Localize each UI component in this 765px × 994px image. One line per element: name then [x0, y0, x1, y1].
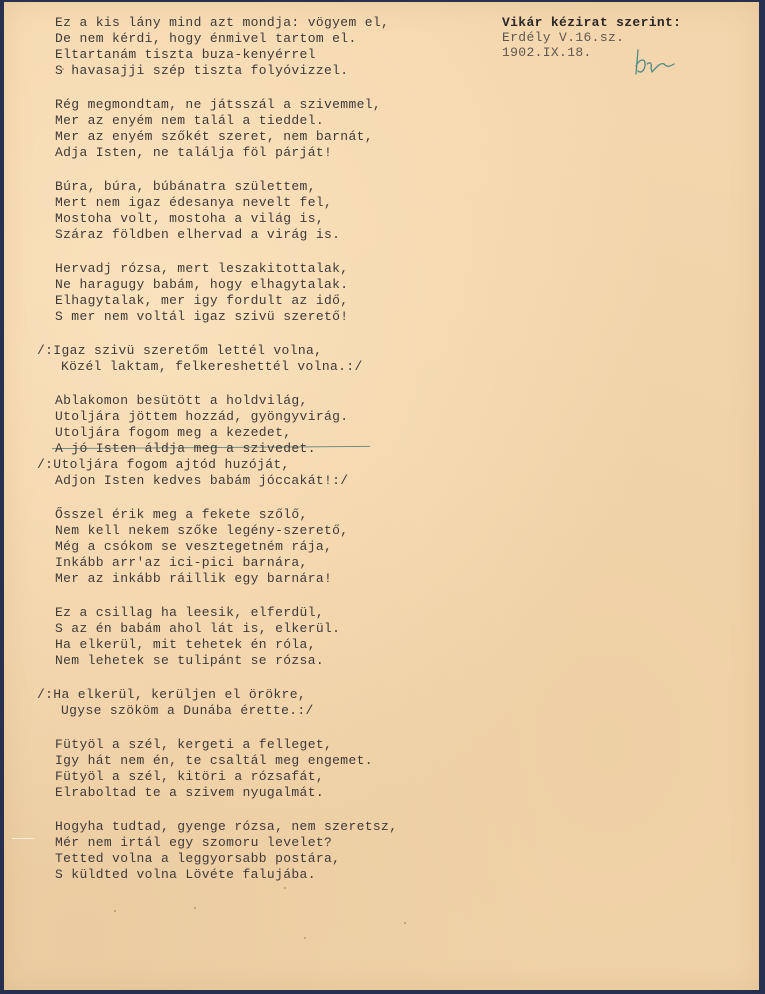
verse-line-text: Fütyöl a szél, kitöri a rózsafát, — [55, 769, 324, 784]
verse-line: Inkább arr'az ici-pici barnára, — [55, 555, 397, 571]
verse-line: Ha elkerül, mit tehetek én róla, — [55, 637, 397, 653]
verse-line-text: Ugyse szököm a Dunába érette.:/ — [61, 703, 314, 718]
verse-line: /:Igaz szivü szeretőm lettél volna, — [55, 343, 397, 359]
verse-line: A jó Isten áldja meg a szivedet. — [55, 441, 397, 457]
verse-line-text: Nem lehetek se tulipánt se rózsa. — [55, 653, 324, 668]
verse-line: Adjon Isten kedves babám jóccakát!:/ — [55, 473, 397, 489]
verse-line: Igy hát nem én, te csaltál meg engemet. — [55, 753, 397, 769]
verse-line: Tetted volna a leggyorsabb postára, — [55, 851, 397, 867]
paper-speck — [114, 910, 116, 912]
verse-line: Száraz földben elhervad a virág is. — [55, 227, 397, 243]
verse-line-text: Nem kell nekem szőke legény-szerető, — [55, 523, 348, 538]
verse-line-text: Utoljára jöttem hozzád, gyöngyvirág. — [55, 409, 348, 424]
verse-line: Elhagytalak, mer igy fordult az idő, — [55, 293, 397, 309]
verse-line-text: Száraz földben elhervad a virág is. — [55, 227, 340, 242]
verse-line-text: Mer az enyém szőkét szeret, nem barnát, — [55, 129, 373, 144]
verse-line: Mert nem igaz édesanya nevelt fel, — [55, 195, 397, 211]
verse-line: Ez a csillag ha leesik, elferdül, — [55, 605, 397, 621]
verse-line: Ez a kis lány mind azt mondja: vögyem el… — [55, 15, 397, 31]
verse-line: Utoljára jöttem hozzád, gyöngyvirág. — [55, 409, 397, 425]
verse-line-text: Mer az enyém nem talál a tieddel. — [55, 113, 324, 128]
stanza: Ez a csillag ha leesik, elferdül,S az én… — [55, 605, 397, 669]
verse-line-text: S küldted volna Lövéte falujába. — [55, 867, 316, 882]
verse-line-text: Ha elkerül, mit tehetek én róla, — [55, 637, 316, 652]
paper-speck — [194, 907, 196, 909]
verse-line-text: Ez a kis lány mind azt mondja: vögyem el… — [55, 15, 389, 30]
verse-line-text: Elraboltad te a szivem nyugalmát. — [55, 785, 324, 800]
verse-line: Közél laktam, felkereshettél volna.:/ — [55, 359, 397, 375]
verse-line-text: Hogyha tudtad, gyenge rózsa, nem szerets… — [55, 819, 397, 834]
verse-line: Eltartanám tiszta buza-kenyérrel — [55, 47, 397, 63]
stanza: Ablakomon besütött a holdvilág,Utoljára … — [55, 393, 397, 489]
stanza: Rég megmondtam, ne játsszál a szivemmel,… — [55, 97, 397, 161]
repeat-marked-line: /:Ha elkerül, kerüljen el örökre, — [37, 687, 306, 702]
verse-line-text: S az én babám ahol lát is, elkerül. — [55, 621, 340, 636]
verse-line: Mér nem irtál egy szomoru levelet? — [55, 835, 397, 851]
verse-line-text: Ablakomon besütött a holdvilág, — [55, 393, 308, 408]
handwritten-initials-signature — [630, 46, 678, 78]
verse-line-text: Adjon Isten kedves babám jóccakát!:/ — [55, 473, 348, 488]
verse-line: /:Ha elkerül, kerüljen el örökre, — [55, 687, 397, 703]
verse-line: Nem kell nekem szőke legény-szerető, — [55, 523, 397, 539]
repeat-marked-line: /:Utoljára fogom ajtód huzóját, — [37, 457, 290, 472]
verse-line: Hervadj rózsa, mert leszakitottalak, — [55, 261, 397, 277]
verse-line-text: Ne haragugy babám, hogy elhagytalak. — [55, 277, 348, 292]
verse-line: Ablakomon besütött a holdvilág, — [55, 393, 397, 409]
verse-line: Mer az enyém szőkét szeret, nem barnát, — [55, 129, 397, 145]
verse-line: Fütyöl a szél, kitöri a rózsafát, — [55, 769, 397, 785]
repeat-stanza: /:Igaz szivü szeretőm lettél volna,Közél… — [55, 343, 397, 375]
stanza: Búra, búra, búbánatra születtem,Mert nem… — [55, 179, 397, 243]
verse-line-text: Elhagytalak, mer igy fordult az idő, — [55, 293, 348, 308]
verse-line-text: S havasajji szép tiszta folyóvizzel. — [55, 63, 348, 78]
verse-line: Mer az inkább ráillik egy barnára! — [55, 571, 397, 587]
verse-line: Elraboltad te a szivem nyugalmát. — [55, 785, 397, 801]
verse-line-text: S mer nem voltál igaz szivü szerető! — [55, 309, 348, 324]
stanza: Ősszel érik meg a fekete szőlő,Nem kell … — [55, 507, 397, 587]
verse-line-text: Fütyöl a szél, kergeti a felleget, — [55, 737, 332, 752]
verse-line-text: Búra, búra, búbánatra születtem, — [55, 179, 316, 194]
repeat-stanza: /:Ha elkerül, kerüljen el örökre,Ugyse s… — [55, 687, 397, 719]
verse-line: S az én babám ahol lát is, elkerül. — [55, 621, 397, 637]
verse-line: S küldted volna Lövéte falujába. — [55, 867, 397, 883]
stanza: Fütyöl a szél, kergeti a felleget,Igy há… — [55, 737, 397, 801]
verse-line: Ne haragugy babám, hogy elhagytalak. — [55, 277, 397, 293]
paper-speck — [404, 922, 406, 924]
verse-line-text: Igy hát nem én, te csaltál meg engemet. — [55, 753, 373, 768]
verse-line-text: Ez a csillag ha leesik, elferdül, — [55, 605, 324, 620]
verse-line-text: Eltartanám tiszta buza-kenyérrel — [55, 47, 316, 62]
verse-line: /:Utoljára fogom ajtód huzóját, — [55, 457, 397, 473]
verse-line: De nem kérdi, hogy énmivel tartom el. — [55, 31, 397, 47]
verse-line: Mer az enyém nem talál a tieddel. — [55, 113, 397, 129]
verse-line: Rég megmondtam, ne játsszál a szivemmel, — [55, 97, 397, 113]
source-reference: Erdély V.16.sz. — [502, 30, 681, 45]
verse-line: S mer nem voltál igaz szivü szerető! — [55, 309, 397, 325]
verse-line-text: De nem kérdi, hogy énmivel tartom el. — [55, 31, 357, 46]
verse-line-text: Mer az inkább ráillik egy barnára! — [55, 571, 332, 586]
verse-line-text: Utoljára fogom meg a kezedet, — [55, 425, 291, 440]
verse-line-text: Adja Isten, ne találja föl párját! — [55, 145, 332, 160]
repeat-marked-line: /:Igaz szivü szeretőm lettél volna, — [37, 343, 322, 358]
verse-line: Mostoha volt, mostoha a világ is, — [55, 211, 397, 227]
verse-line-text: Hervadj rózsa, mert leszakitottalak, — [55, 261, 348, 276]
verse-line: Fütyöl a szél, kergeti a felleget, — [55, 737, 397, 753]
verse-line-text: Tetted volna a leggyorsabb postára, — [55, 851, 340, 866]
paper-speck — [304, 937, 306, 939]
verse-line: Hogyha tudtad, gyenge rózsa, nem szerets… — [55, 819, 397, 835]
verse-line-text: Mert nem igaz édesanya nevelt fel, — [55, 195, 332, 210]
verse-line-text: Ősszel érik meg a fekete szőlő, — [55, 507, 308, 522]
stanza: Hervadj rózsa, mert leszakitottalak,Ne h… — [55, 261, 397, 325]
verse-line: Még a csókom se vesztegetném rája, — [55, 539, 397, 555]
paper-crease — [12, 838, 34, 839]
verse-line-text: Még a csókom se vesztegetném rája, — [55, 539, 332, 554]
verse-line-text: A jó Isten áldja meg a szivedet. — [55, 441, 316, 456]
verse-line: Ugyse szököm a Dunába érette.:/ — [55, 703, 397, 719]
verse-line: Adja Isten, ne találja föl párját! — [55, 145, 397, 161]
verse-line: S havasajji szép tiszta folyóvizzel. — [55, 63, 397, 79]
verse-line: Nem lehetek se tulipánt se rózsa. — [55, 653, 397, 669]
source-title: Vikár kézirat szerint: — [502, 15, 681, 30]
verse-line-text: Rég megmondtam, ne játsszál a szivemmel, — [55, 97, 381, 112]
verse-line-text: Közél laktam, felkereshettél volna.:/ — [61, 359, 363, 374]
verse-line-text: Mér nem irtál egy szomoru levelet? — [55, 835, 332, 850]
stanza: Ez a kis lány mind azt mondja: vögyem el… — [55, 15, 397, 79]
verse-line: Utoljára fogom meg a kezedet, — [55, 425, 397, 441]
verse-line-text: Mostoha volt, mostoha a világ is, — [55, 211, 324, 226]
stanza: Hogyha tudtad, gyenge rózsa, nem szerets… — [55, 819, 397, 883]
verse-line-text: Inkább arr'az ici-pici barnára, — [55, 555, 308, 570]
song-text: Ez a kis lány mind azt mondja: vögyem el… — [55, 15, 397, 901]
verse-line: Ősszel érik meg a fekete szőlő, — [55, 507, 397, 523]
verse-line: Búra, búra, búbánatra születtem, — [55, 179, 397, 195]
